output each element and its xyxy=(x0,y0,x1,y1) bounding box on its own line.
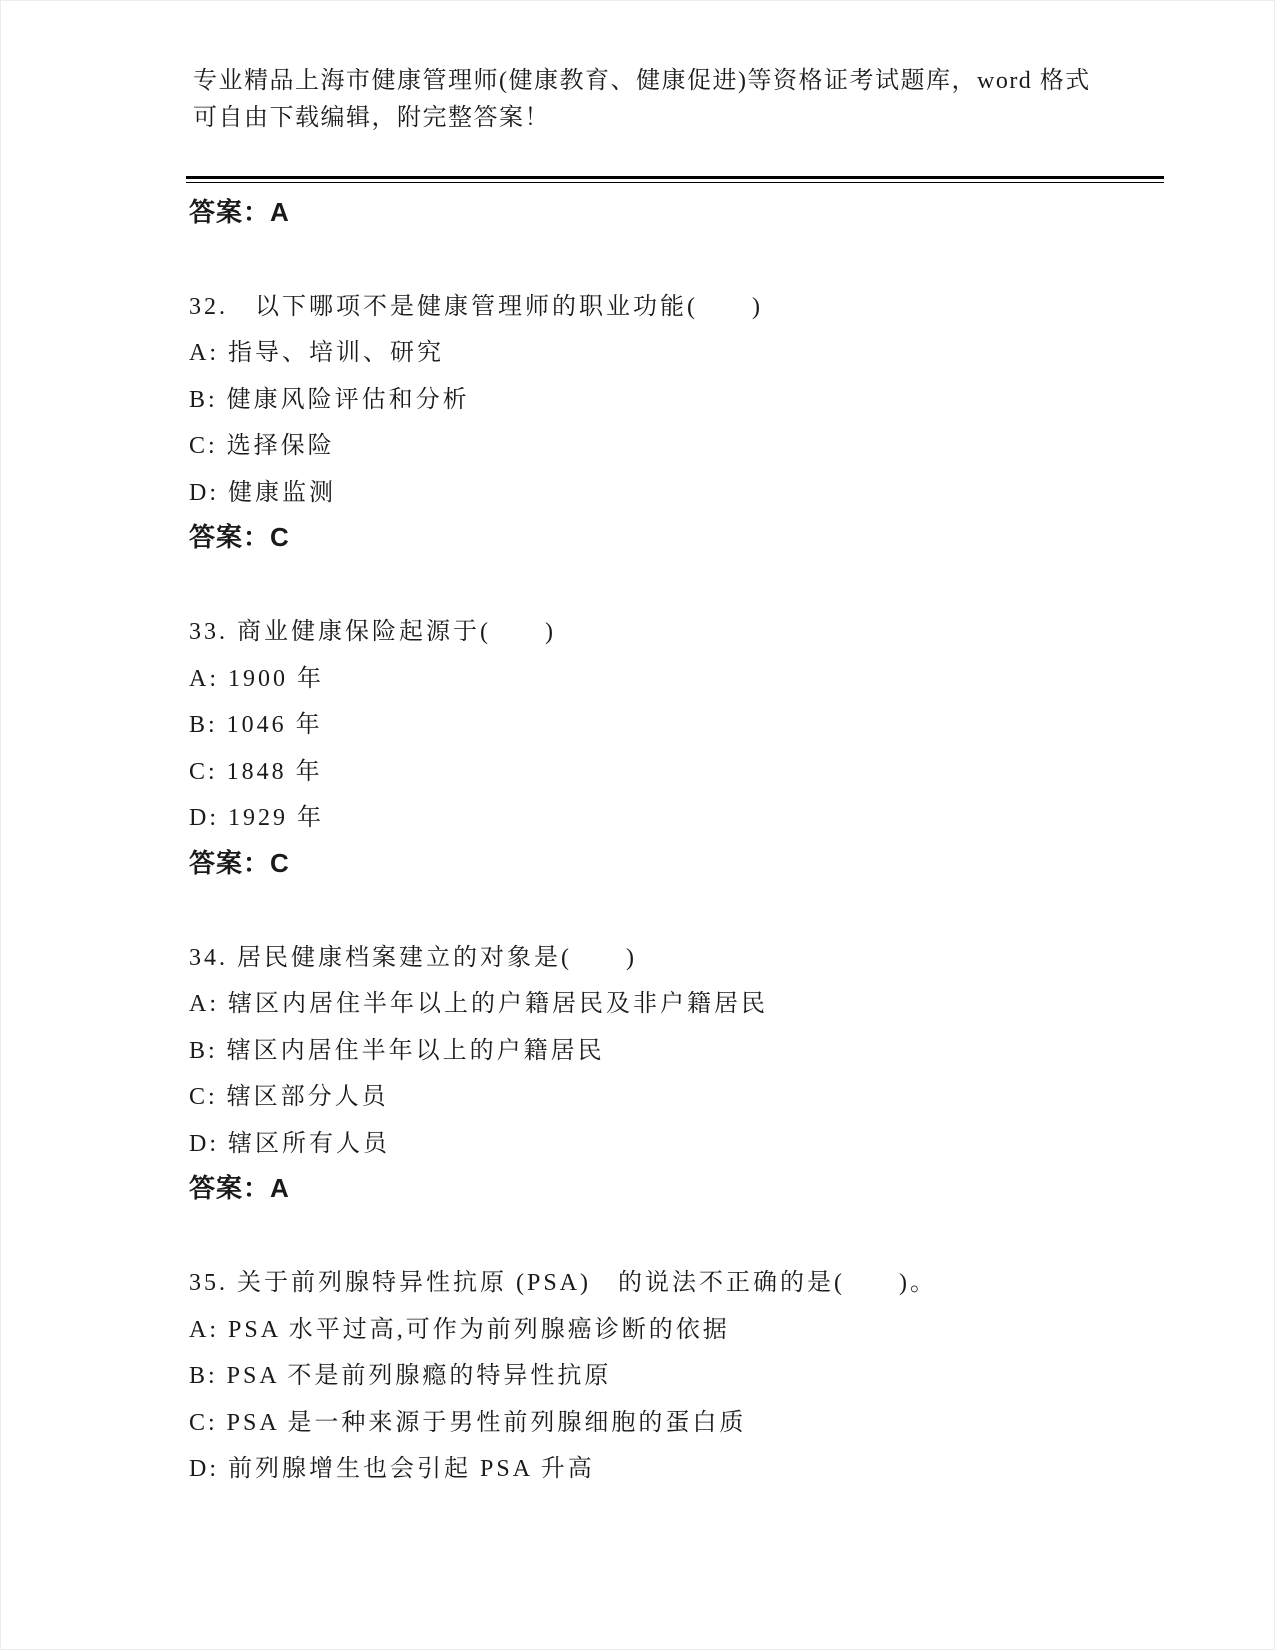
question-32-title: 32. 以下哪项不是健康管理师的职业功能( ) xyxy=(189,280,1189,327)
answer-line-q33: 答案：C xyxy=(189,838,1189,885)
question-33-title: 33. 商业健康保险起源于( ) xyxy=(189,606,1189,653)
question-34-option-c: C: 辖区部分人员 xyxy=(189,1071,1189,1118)
question-33-option-d: D: 1929 年 xyxy=(189,792,1189,839)
question-34-title: 34. 居民健康档案建立的对象是( ) xyxy=(189,931,1189,978)
question-block-32: 32. 以下哪项不是健康管理师的职业功能( ) A: 指导、培训、研究 B: 健… xyxy=(189,280,1189,559)
question-block-35: 35. 关于前列腺特异性抗原 (PSA) 的说法不正确的是( )。 A: PSA… xyxy=(189,1257,1189,1490)
question-32-option-b: B: 健康风险评估和分析 xyxy=(189,373,1189,420)
question-32-option-d: D: 健康监测 xyxy=(189,466,1189,513)
document-page: 专业精品上海市健康管理师(健康教育、健康促进)等资格证考试题库，word 格式 … xyxy=(0,0,1275,1650)
answer-line-q34: 答案：A xyxy=(189,1164,1189,1211)
question-32-option-a: A: 指导、培训、研究 xyxy=(189,327,1189,374)
answer-line-q31: 答案：A xyxy=(189,187,1189,234)
question-33-option-c: C: 1848 年 xyxy=(189,745,1189,792)
document-content: 答案：A 32. 以下哪项不是健康管理师的职业功能( ) A: 指导、培训、研究… xyxy=(189,187,1189,1489)
header-line-2: 可自由下载编辑，附完整答案！ xyxy=(193,100,1091,137)
question-35-option-a: A: PSA 水平过高,可作为前列腺癌诊断的依据 xyxy=(189,1303,1189,1350)
document-header: 专业精品上海市健康管理师(健康教育、健康促进)等资格证考试题库，word 格式 … xyxy=(193,63,1091,137)
question-35-option-d: D: 前列腺增生也会引起 PSA 升高 xyxy=(189,1443,1189,1490)
question-35-option-b: B: PSA 不是前列腺瘾的特异性抗原 xyxy=(189,1350,1189,1397)
question-34-option-a: A: 辖区内居住半年以上的户籍居民及非户籍居民 xyxy=(189,978,1189,1025)
question-35-option-c: C: PSA 是一种来源于男性前列腺细胞的蛋白质 xyxy=(189,1396,1189,1443)
question-34-option-d: D: 辖区所有人员 xyxy=(189,1117,1189,1164)
header-divider xyxy=(186,176,1164,183)
question-block-34: 34. 居民健康档案建立的对象是( ) A: 辖区内居住半年以上的户籍居民及非户… xyxy=(189,931,1189,1210)
question-33-option-a: A: 1900 年 xyxy=(189,652,1189,699)
question-34-option-b: B: 辖区内居住半年以上的户籍居民 xyxy=(189,1024,1189,1071)
header-line-1: 专业精品上海市健康管理师(健康教育、健康促进)等资格证考试题库，word 格式 xyxy=(193,63,1091,100)
question-33-option-b: B: 1046 年 xyxy=(189,699,1189,746)
question-35-title: 35. 关于前列腺特异性抗原 (PSA) 的说法不正确的是( )。 xyxy=(189,1257,1189,1304)
question-block-33: 33. 商业健康保险起源于( ) A: 1900 年 B: 1046 年 C: … xyxy=(189,606,1189,885)
answer-line-q32: 答案：C xyxy=(189,513,1189,560)
question-32-option-c: C: 选择保险 xyxy=(189,420,1189,467)
